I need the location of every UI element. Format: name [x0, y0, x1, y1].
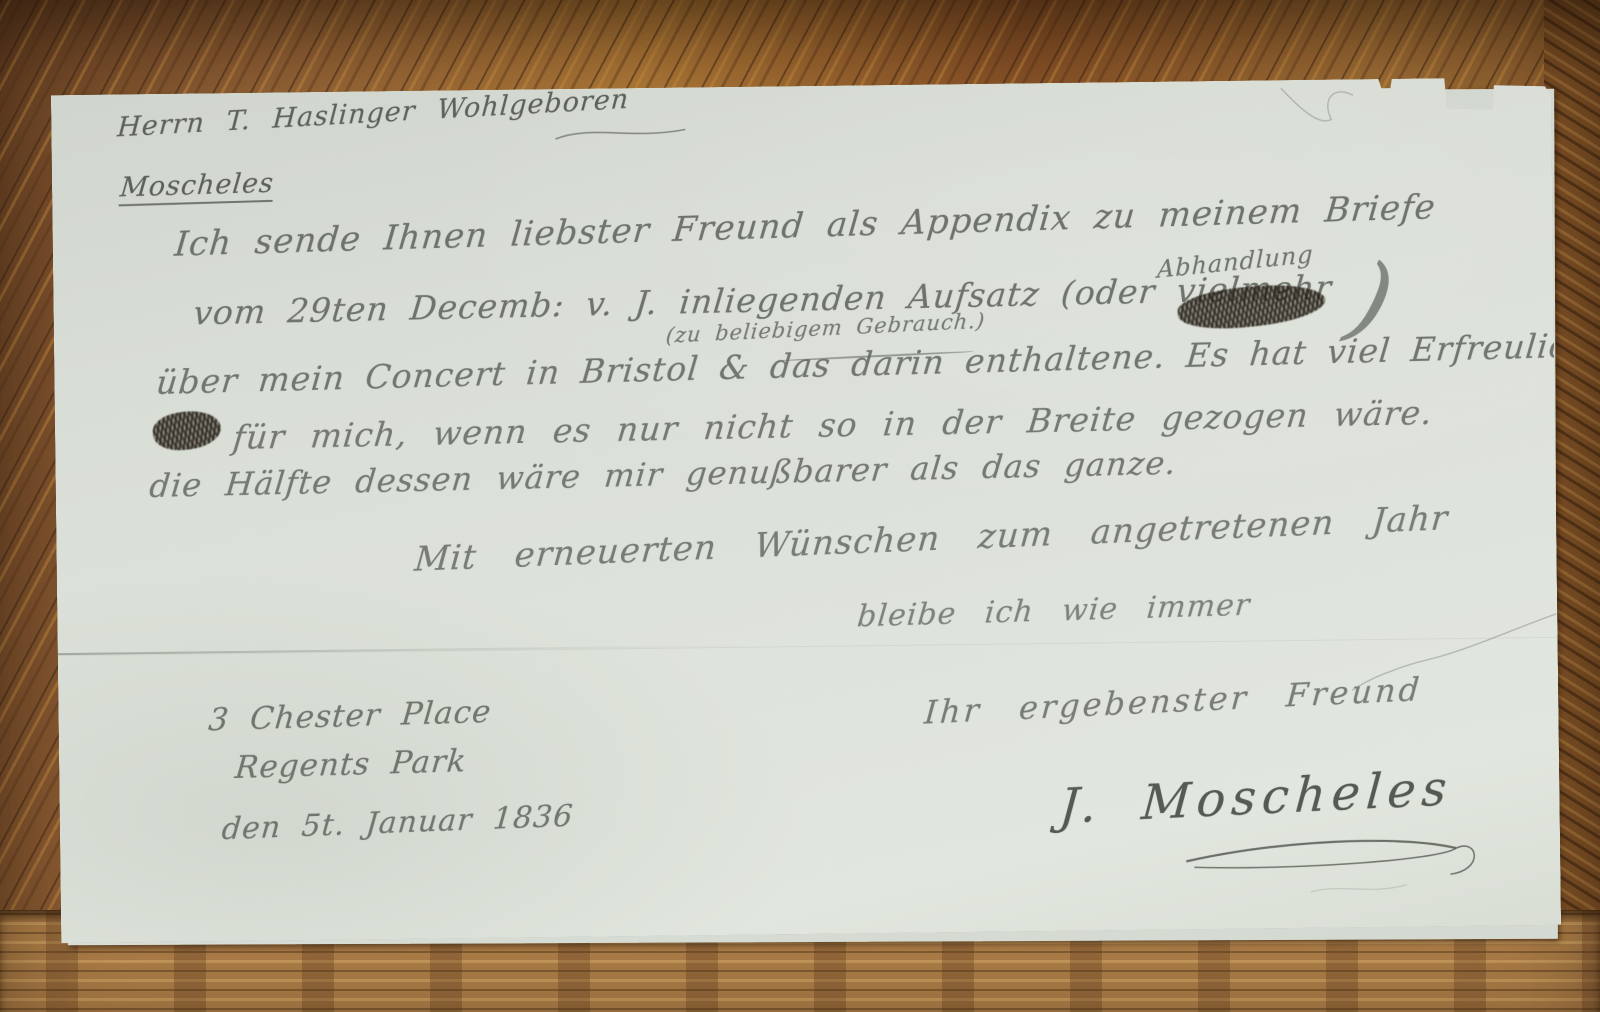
fold-crease-faint	[58, 637, 1558, 656]
closing-line-1: Mit erneuerten Wünschen zum angetretenen…	[413, 501, 1449, 577]
closing-line-3: Ihr ergebenster Freund	[923, 673, 1423, 729]
pencil-squiggle-mark	[1281, 87, 1353, 121]
docket-addressee-line: Herrn T. Haslinger Wohlgeboren	[116, 86, 630, 142]
body-line-4: für mich, wenn es nur nicht so in der Br…	[231, 396, 1434, 454]
docket-name-underlined: Moscheles	[119, 170, 276, 207]
flourish-after-addressee	[555, 129, 685, 139]
signature: J. Moscheles	[1058, 764, 1455, 831]
signature-flourish-hook	[1450, 846, 1474, 874]
body-line-3: über mein Concert in Bristol & das darin…	[155, 327, 1600, 399]
ink-blot-crossout-2	[151, 408, 223, 454]
signature-flourish	[1186, 840, 1456, 862]
signature-flourish-return	[1194, 848, 1456, 868]
letter-paper: Herrn T. Haslinger Wohlgeboren Moscheles…	[51, 77, 1561, 943]
date-line: den 5t. Januar 1836	[221, 802, 575, 846]
faint-pencil-mark-bottom	[1311, 885, 1407, 892]
photo-wooden-table: Herrn T. Haslinger Wohlgeboren Moscheles…	[0, 0, 1600, 1012]
address-line-2: Regents Park	[234, 746, 468, 784]
address-line-1: 3 Chester Place	[207, 697, 493, 736]
closing-line-2: bleibe ich wie immer	[856, 591, 1252, 633]
docket-name: Moscheles	[119, 170, 276, 207]
